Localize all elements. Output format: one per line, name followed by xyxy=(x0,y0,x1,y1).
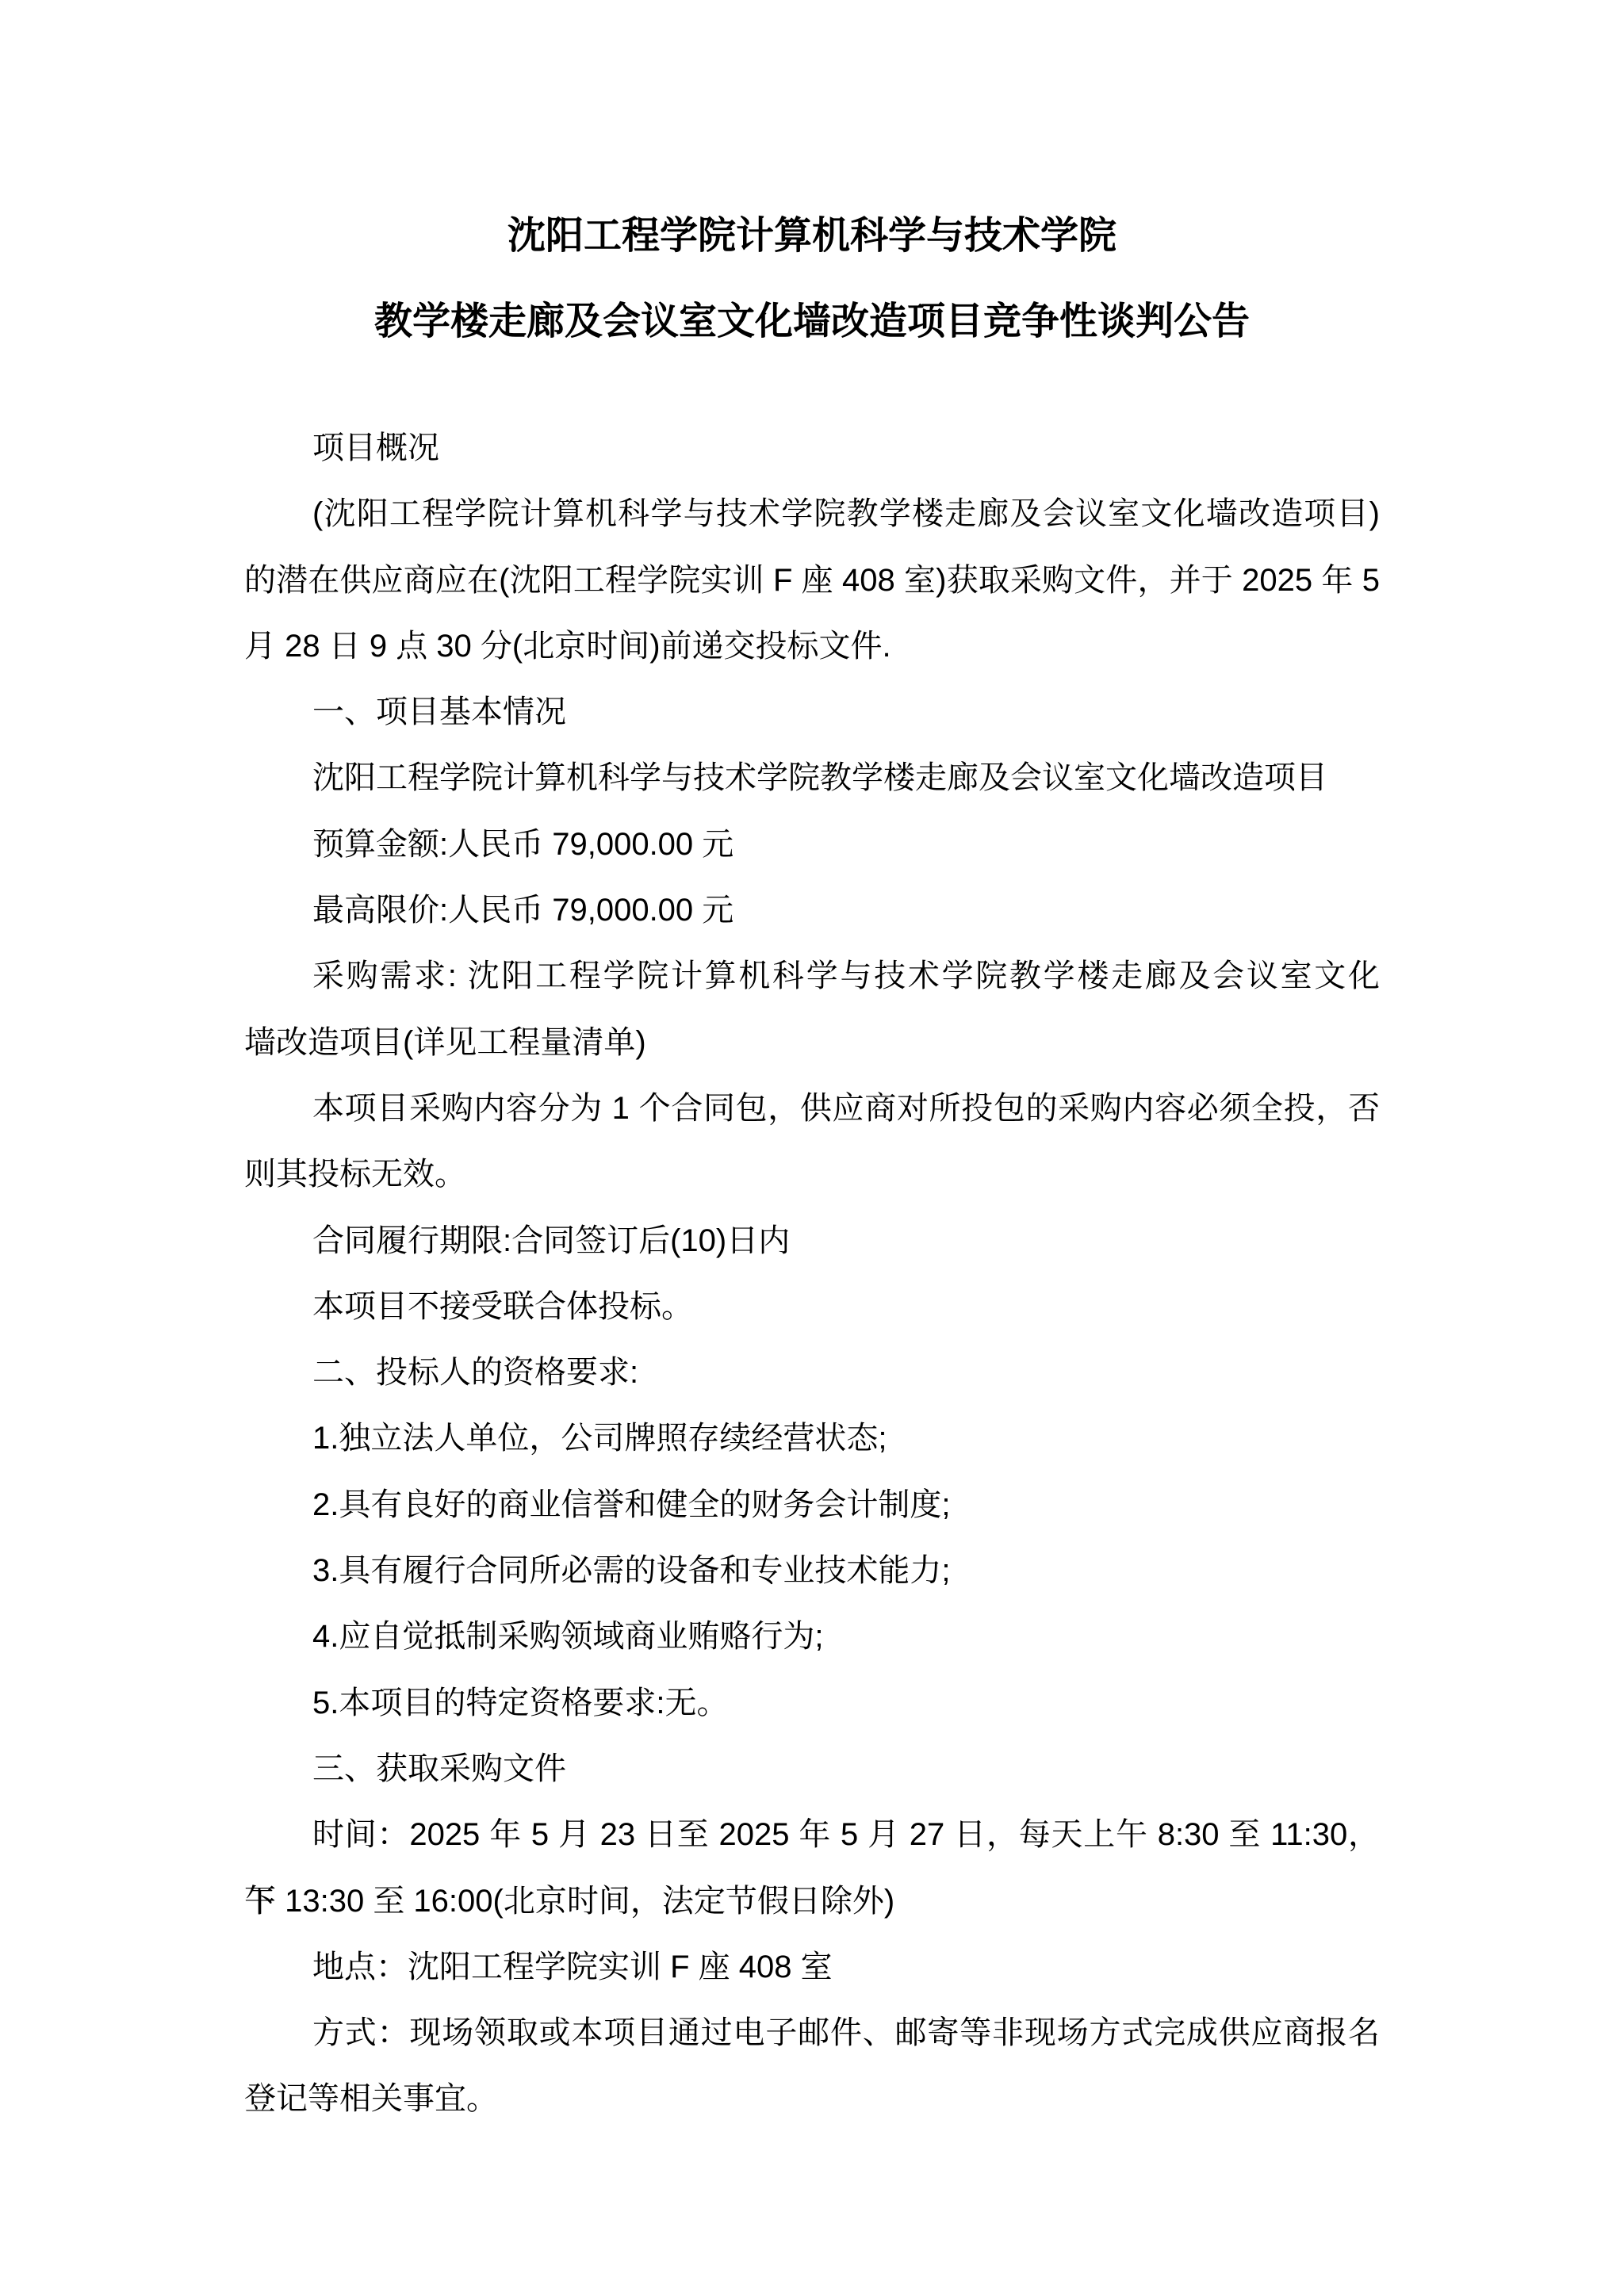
document-body: 项目概况(沈阳工程学院计算机科学与技术学院教学楼走廊及会议室文化墙改造项目)的潜… xyxy=(244,415,1380,2133)
text-line-15: 二、投标人的资格要求: xyxy=(244,1340,1380,1406)
text-line-14: 本项目不接受联合体投标。 xyxy=(244,1274,1380,1340)
document-title-line-2: 教学楼走廊及会议室文化墙改造项目竞争性谈判公告 xyxy=(0,300,1624,344)
text-line-11: 本项目采购内容分为 1 个合同包，供应商对所投包的采购内容必须全投，否 xyxy=(244,1076,1380,1142)
text-line-25: 方式：现场领取或本项目通过电子邮件、邮寄等非现场方式完成供应商报名 xyxy=(244,2000,1380,2066)
text-line-4: 月 28 日 9 点 30 分(北京时间)前递交投标文件. xyxy=(244,614,1380,679)
text-line-24: 地点：沈阳工程学院实训 F 座 408 室 xyxy=(244,1934,1380,2000)
text-line-21: 三、获取采购文件 xyxy=(244,1736,1380,1802)
text-line-17: 2.具有良好的商业信誉和健全的财务会计制度; xyxy=(244,1472,1380,1538)
text-line-26: 登记等相关事宜。 xyxy=(244,2066,1380,2132)
text-line-8: 最高限价:人民币 79,000.00 元 xyxy=(244,878,1380,943)
text-line-5: 一、项目基本情况 xyxy=(244,679,1380,745)
text-line-3: 的潜在供应商应在(沈阳工程学院实训 F 座 408 室)获取采购文件，并于 20… xyxy=(244,548,1380,614)
text-line-7: 预算金额:人民币 79,000.00 元 xyxy=(244,812,1380,878)
text-line-18: 3.具有履行合同所必需的设备和专业技术能力; xyxy=(244,1538,1380,1604)
text-line-10: 墙改造项目(详见工程量清单) xyxy=(244,1010,1380,1076)
text-line-23: 午 13:30 至 16:00(北京时间，法定节假日除外) xyxy=(244,1869,1380,1934)
text-line-12: 则其投标无效。 xyxy=(244,1142,1380,1207)
text-line-9: 采购需求: 沈阳工程学院计算机科学与技术学院教学楼走廊及会议室文化 xyxy=(244,943,1380,1009)
text-line-20: 5.本项目的特定资格要求:无。 xyxy=(244,1670,1380,1736)
text-line-6: 沈阳工程学院计算机科学与技术学院教学楼走廊及会议室文化墙改造项目 xyxy=(244,745,1380,811)
text-line-16: 1.独立法人单位，公司牌照存续经营状态; xyxy=(244,1406,1380,1471)
text-line-19: 4.应自觉抵制采购领域商业贿赂行为; xyxy=(244,1604,1380,1670)
text-line-22: 时间：2025 年 5 月 23 日至 2025 年 5 月 27 日，每天上午… xyxy=(244,1802,1380,1868)
document-page: 沈阳工程学院计算机科学与技术学院 教学楼走廊及会议室文化墙改造项目竞争性谈判公告… xyxy=(0,0,1624,2296)
text-line-1: 项目概况 xyxy=(244,415,1380,481)
text-line-13: 合同履行期限:合同签订后(10)日内 xyxy=(244,1208,1380,1274)
text-line-2: (沈阳工程学院计算机科学与技术学院教学楼走廊及会议室文化墙改造项目) xyxy=(244,481,1380,547)
document-title-line-1: 沈阳工程学院计算机科学与技术学院 xyxy=(0,214,1624,258)
